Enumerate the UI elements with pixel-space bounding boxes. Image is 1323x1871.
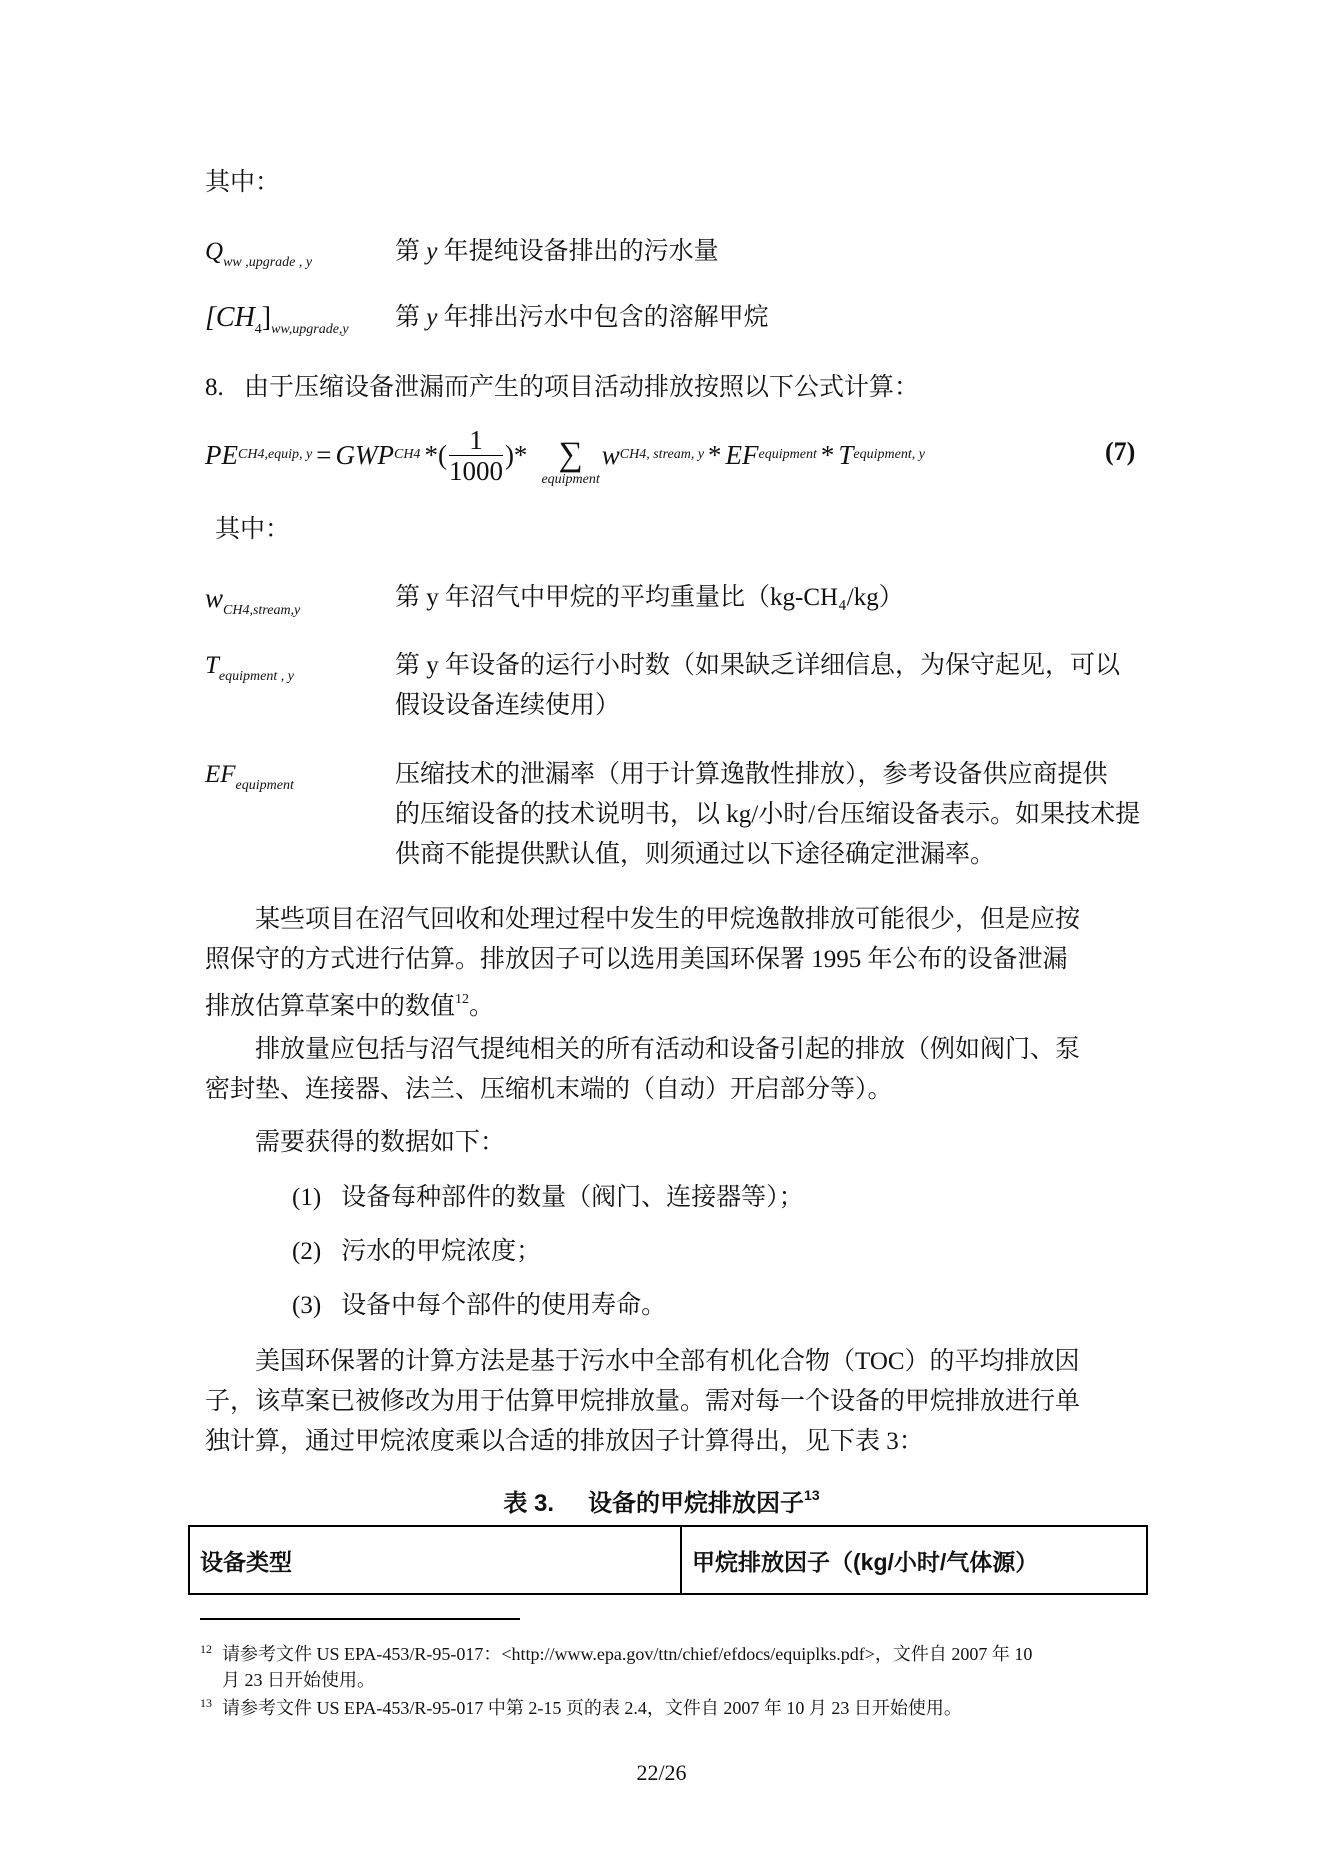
footnote-ref-13[interactable]: 13 <box>804 1487 820 1503</box>
sum-symbol: ∑equipment <box>541 438 599 488</box>
eq-op: * <box>821 440 835 471</box>
symbol-close: ] <box>262 302 271 333</box>
table-caption: 表 3.设备的甲烷排放因子13 <box>0 1475 1323 1524</box>
footnote-text: 请参考文件 US EPA-453/R-95-017 中第 2-15 页的表 2.… <box>222 1698 962 1718</box>
symbol-sub: CH4,stream,y <box>223 603 300 618</box>
symbol-ch4-ww-upgrade: [CH4]ww,upgrade,y <box>205 298 349 350</box>
intro-where-2: 其中： <box>215 510 290 550</box>
footnote-12: 12请参考文件 US EPA-453/R-95-017：<http://www.… <box>200 1636 1140 1693</box>
methane-emission-factor-table: 设备类型 甲烷排放因子（(kg/小时/气体源） <box>188 1525 1148 1595</box>
symbol-sub4: 4 <box>255 322 262 337</box>
equation-7: PECH4,equip, y = GWPCH4 *( 11000 )* ∑equ… <box>205 415 925 495</box>
symbol-main: w <box>205 583 223 613</box>
symbol-main: T <box>205 652 219 679</box>
table-header-row: 设备类型 甲烷排放因子（(kg/小时/气体源） <box>189 1526 1147 1594</box>
para-line: 排放估算草案中的数值 <box>205 993 455 1020</box>
desc-var: y <box>426 304 437 331</box>
list-text: 污水的甲烷浓度； <box>341 1238 541 1265</box>
para-line: 独计算，通过甲烷浓度乘以合适的排放因子计算得出，见下表 3： <box>205 1422 1145 1462</box>
symbol-main: EF <box>205 761 236 788</box>
symbol-main: Q <box>205 238 223 265</box>
para-line: 某些项目在沼气回收和处理过程中发生的甲烷逸散排放可能很少，但是应按 <box>205 900 1145 940</box>
list-item: (1)设备每种部件的数量（阀门、连接器等）； <box>292 1178 804 1218</box>
symbol-ef-equipment: EFequipment <box>205 755 294 806</box>
footnote-divider <box>200 1618 520 1620</box>
list-text: 设备中每个部件的使用寿命。 <box>341 1292 666 1319</box>
desc-line: 第 y 年沼气中甲烷的平均重量比（kg-CH₄/kg） <box>395 578 1185 618</box>
list-text: 设备每种部件的数量（阀门、连接器等）； <box>341 1184 804 1211</box>
paragraph-emission-scope: 排放量应包括与沼气提纯相关的所有活动和设备引起的排放（例如阀门、泵 密封垫、连接… <box>205 1030 1145 1110</box>
eq-lhs-sub: CH4,equip, y <box>238 447 312 463</box>
symbol-sub: ww ,upgrade , y <box>223 255 312 270</box>
para-line: 美国环保署的计算方法是基于污水中全部有机化合物（TOC）的平均排放因 <box>205 1342 1145 1382</box>
desc-pre: 第 <box>395 304 420 331</box>
para-line: 排放量应包括与沼气提纯相关的所有活动和设备引起的排放（例如阀门、泵 <box>205 1030 1145 1070</box>
desc-line: 压缩技术的泄漏率（用于计算逸散性排放），参考设备供应商提供 <box>395 755 1185 795</box>
footnote-13: 13请参考文件 US EPA-453/R-95-017 中第 2-15 页的表 … <box>200 1690 1140 1721</box>
sum-under: equipment <box>541 472 599 488</box>
desc-pre: 第 <box>395 238 420 265</box>
def-ch4-description: 第 y 年排出污水中包含的溶解甲烷 <box>395 298 769 338</box>
eq-op: * <box>708 440 722 471</box>
eq-fraction: 11000 <box>449 425 503 486</box>
para-line: 密封垫、连接器、法兰、压缩机末端的（自动）开启部分等）。 <box>205 1070 1145 1110</box>
item-text: 由于压缩设备泄漏而产生的项目活动排放按照以下公式计算： <box>244 374 919 401</box>
def-ef-description: 压缩技术的泄漏率（用于计算逸散性排放），参考设备供应商提供 的压缩设备的技术说明… <box>395 755 1185 875</box>
symbol-sub: equipment , y <box>219 669 294 684</box>
desc-line: 供商不能提供默认值，则须通过以下途径确定泄漏率。 <box>395 835 1185 875</box>
symbol-t-equipment: Tequipment , y <box>205 646 294 697</box>
eq-gwp: GWP <box>336 440 394 471</box>
symbol-sub: ww,upgrade,y <box>271 322 349 337</box>
para-line: 子，该草案已被修改为用于估算甲烷排放量。需对每一个设备的甲烷排放进行单 <box>205 1382 1145 1422</box>
list-number: (3) <box>292 1292 321 1319</box>
list-item: (2)污水的甲烷浓度； <box>292 1232 541 1272</box>
paragraph-data-needed: 需要获得的数据如下： <box>205 1123 1145 1163</box>
footnote-number: 12 <box>200 1642 212 1656</box>
symbol-sub: equipment <box>236 778 294 793</box>
eq-gwp-sub: CH4 <box>394 447 420 463</box>
footnote-number: 13 <box>200 1696 212 1710</box>
eq-t-sub: equipment, y <box>853 447 925 463</box>
eq-t: T <box>838 440 853 471</box>
desc-line: 的压缩设备的技术说明书，以 kg/小时/台压缩设备表示。如果技术提 <box>395 795 1185 835</box>
eq-w-sub: CH4, stream, y <box>620 447 704 463</box>
paragraph-fugitive-emissions: 某些项目在沼气回收和处理过程中发生的甲烷逸散排放可能很少，但是应按 照保守的方式… <box>205 900 1145 1027</box>
list-number: (1) <box>292 1184 321 1211</box>
list-item: (3)设备中每个部件的使用寿命。 <box>292 1286 666 1326</box>
desc-post: 年提纯设备排出的污水量 <box>444 238 719 265</box>
symbol-main: [CH <box>205 302 255 333</box>
footnote-ref-12[interactable]: 12 <box>455 992 469 1007</box>
footnote-text: 请参考文件 US EPA-453/R-95-017：<http://www.ep… <box>222 1644 1032 1664</box>
def-w-description: 第 y 年沼气中甲烷的平均重量比（kg-CH₄/kg） <box>395 578 1185 618</box>
sigma-icon: ∑ <box>541 438 599 472</box>
eq-equals: = <box>316 440 331 471</box>
para-end: 。 <box>469 993 494 1020</box>
desc-var: y <box>426 238 437 265</box>
desc-line: 假设设备连续使用） <box>395 686 1185 726</box>
desc-line: 第 y 年设备的运行小时数（如果缺乏详细信息，为保守起见，可以 <box>395 646 1185 686</box>
symbol-w-ch4-stream: wCH4,stream,y <box>205 578 300 631</box>
frac-den: 1000 <box>449 456 503 486</box>
symbol-q-ww-upgrade: Qww ,upgrade , y <box>205 232 312 283</box>
para-line: 照保守的方式进行估算。排放因子可以选用美国环保署 1995 年公布的设备泄漏 <box>205 940 1145 980</box>
header-emission-factor: 甲烷排放因子（(kg/小时/气体源） <box>681 1526 1147 1594</box>
equation-number: (7) <box>1105 432 1135 472</box>
eq-ef: EF <box>726 440 759 471</box>
caption-label: 表 3. <box>503 1490 554 1517</box>
eq-op: *( <box>424 440 447 471</box>
list-number: (2) <box>292 1238 321 1265</box>
eq-op: )* <box>505 440 528 471</box>
item-8: 8. 由于压缩设备泄漏而产生的项目活动排放按照以下公式计算： <box>205 368 919 408</box>
paragraph-epa-method: 美国环保署的计算方法是基于污水中全部有机化合物（TOC）的平均排放因 子，该草案… <box>205 1342 1145 1462</box>
frac-num: 1 <box>449 425 503 456</box>
caption-title: 设备的甲烷排放因子 <box>588 1490 804 1517</box>
intro-where-1: 其中： <box>205 163 280 203</box>
desc-post: 年排出污水中包含的溶解甲烷 <box>444 304 769 331</box>
page-number: 22/26 <box>0 1760 1323 1786</box>
def-t-description: 第 y 年设备的运行小时数（如果缺乏详细信息，为保守起见，可以 假设设备连续使用… <box>395 646 1185 726</box>
eq-lhs: PE <box>205 440 238 471</box>
item-number: 8. <box>205 374 224 401</box>
eq-ef-sub: equipment <box>759 447 817 463</box>
header-equipment-type: 设备类型 <box>189 1526 681 1594</box>
eq-w: w <box>602 440 620 471</box>
def-q-description: 第 y 年提纯设备排出的污水量 <box>395 232 719 272</box>
